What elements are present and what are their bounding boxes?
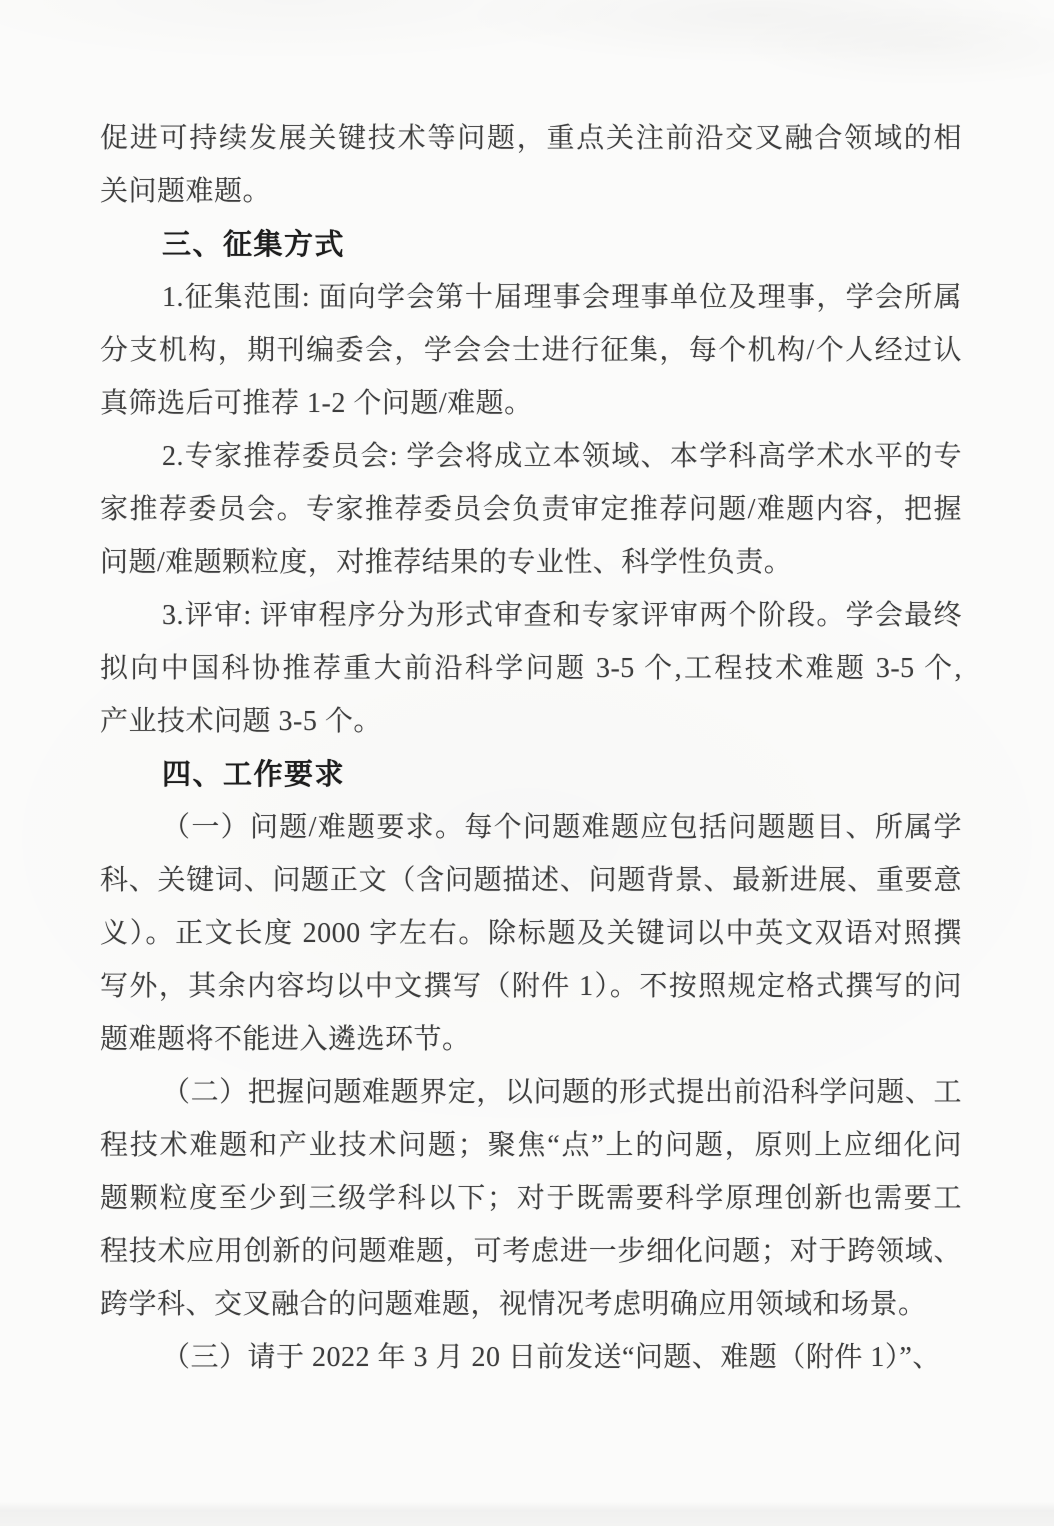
document-line: 产业技术问题 3-5 个。 [100,695,962,748]
document-line: 题颗粒度至少到三级学科以下；对于既需要科学原理创新也需要工 [100,1172,962,1225]
document-page: 促进可持续发展关键技术等问题，重点关注前沿交叉融合领域的相关问题难题。三、征集方… [0,0,1054,1526]
document-line: 写外，其余内容均以中文撰写（附件 1）。不按照规定格式撰写的问 [100,960,962,1013]
document-line: 问题/难题颗粒度，对推荐结果的专业性、科学性负责。 [100,536,962,589]
document-line: （二）把握问题难题界定，以问题的形式提出前沿科学问题、工 [100,1066,962,1119]
document-line: 程技术难题和产业技术问题；聚焦“点”上的问题，原则上应细化问 [100,1119,962,1172]
document-line: 跨学科、交叉融合的问题难题，视情况考虑明确应用领域和场景。 [100,1278,962,1331]
document-line: 题难题将不能进入遴选环节。 [100,1013,962,1066]
document-content: 促进可持续发展关键技术等问题，重点关注前沿交叉融合领域的相关问题难题。三、征集方… [0,0,1054,1384]
document-line: （三）请于 2022 年 3 月 20 日前发送“问题、难题（附件 1）”、 [100,1331,962,1384]
document-line: 促进可持续发展关键技术等问题，重点关注前沿交叉融合领域的相 [100,112,962,165]
document-line: 1.征集范围: 面向学会第十届理事会理事单位及理事，学会所属 [100,271,962,324]
document-line: 2.专家推荐委员会: 学会将成立本领域、本学科高学术水平的专 [100,430,962,483]
section-heading: 三、征集方式 [100,218,962,271]
document-line: 关问题难题。 [100,165,962,218]
document-line: 义）。正文长度 2000 字左右。除标题及关键词以中英文双语对照撰 [100,907,962,960]
section-heading: 四、工作要求 [100,748,962,801]
document-line: 分支机构，期刊编委会，学会会士进行征集，每个机构/个人经过认 [100,324,962,377]
document-line: 程技术应用创新的问题难题，可考虑进一步细化问题；对于跨领域、 [100,1225,962,1278]
document-line: 真筛选后可推荐 1-2 个问题/难题。 [100,377,962,430]
document-line: 拟向中国科协推荐重大前沿科学问题 3-5 个,工程技术难题 3-5 个, [100,642,962,695]
document-line: 3.评审: 评审程序分为形式审查和专家评审两个阶段。学会最终 [100,589,962,642]
document-line: （一）问题/难题要求。每个问题难题应包括问题题目、所属学 [100,801,962,854]
document-line: 科、关键词、问题正文（含问题描述、问题背景、最新进展、重要意 [100,854,962,907]
document-line: 家推荐委员会。专家推荐委员会负责审定推荐问题/难题内容，把握 [100,483,962,536]
